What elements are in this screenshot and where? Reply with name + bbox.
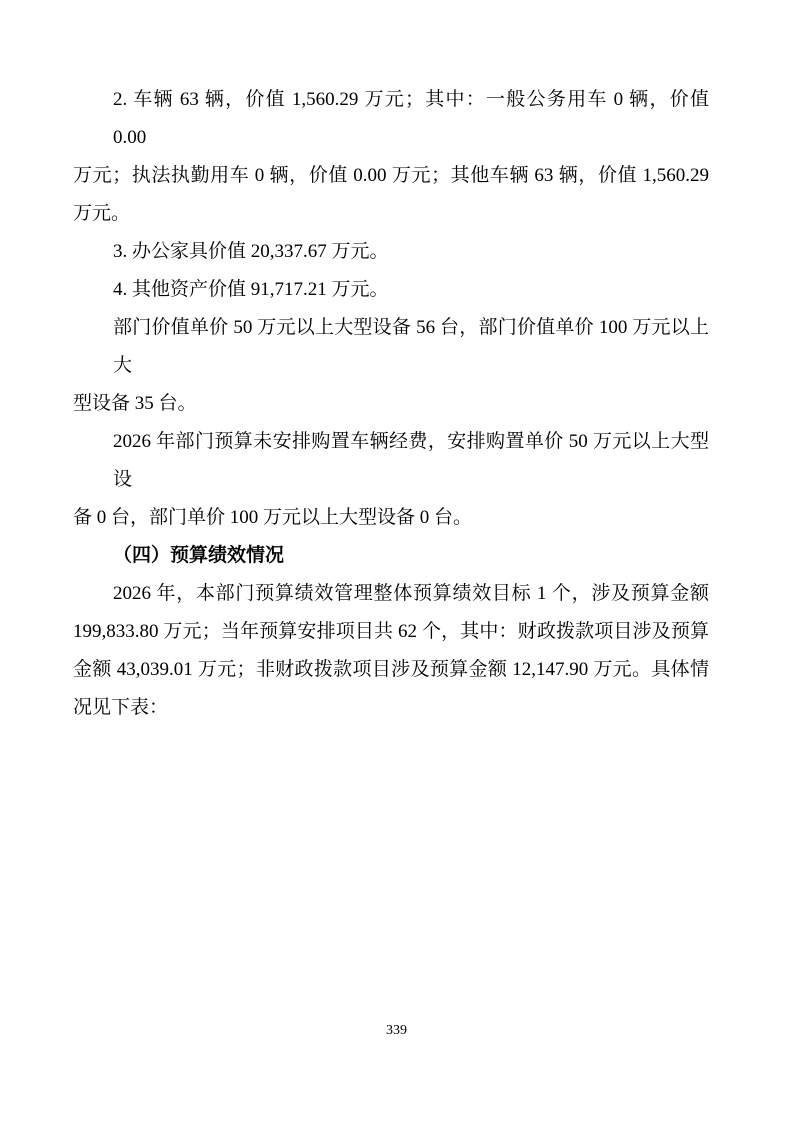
text-line: 况见下表：: [73, 689, 709, 727]
paragraph-procurement-plan-2026: 2026 年部门预算未安排购置车辆经费，安排购置单价 50 万元以上大型设 备 …: [73, 423, 709, 537]
text-line: 金额 43,039.01 万元；非财政拨款项目涉及预算金额 12,147.90 …: [73, 651, 709, 689]
page-footer: 339: [0, 1022, 793, 1040]
paragraph-large-equipment-counts: 部门价值单价 50 万元以上大型设备 56 台，部门价值单价 100 万元以上大…: [73, 309, 709, 423]
text-line: 备 0 台，部门单价 100 万元以上大型设备 0 台。: [73, 499, 709, 537]
text-line: 万元；执法执勤用车 0 辆，价值 0.00 万元；其他车辆 63 辆，价值 1,…: [73, 157, 709, 195]
paragraph-vehicles-summary: 2. 车辆 63 辆，价值 1,560.29 万元；其中：一般公务用车 0 辆，…: [73, 81, 709, 233]
text-line: 万元。: [73, 195, 709, 233]
text-line: 2026 年部门预算未安排购置车辆经费，安排购置单价 50 万元以上大型设: [73, 423, 709, 499]
text-line: 199,833.80 万元；当年预算安排项目共 62 个，其中：财政拨款项目涉及…: [73, 613, 709, 651]
section-heading-performance: （四）预算绩效情况: [73, 537, 709, 575]
text-line: 2. 车辆 63 辆，价值 1,560.29 万元；其中：一般公务用车 0 辆，…: [73, 81, 709, 157]
section-heading-text: （四）预算绩效情况: [73, 537, 709, 575]
paragraph-performance-overview-2026: 2026 年，本部门预算绩效管理整体预算绩效目标 1 个，涉及预算金额 199,…: [73, 575, 709, 727]
text-line: 型设备 35 台。: [73, 385, 709, 423]
document-body: 2. 车辆 63 辆，价值 1,560.29 万元；其中：一般公务用车 0 辆，…: [73, 81, 709, 727]
text-line: 部门价值单价 50 万元以上大型设备 56 台，部门价值单价 100 万元以上大: [73, 309, 709, 385]
text-line: 3. 办公家具价值 20,337.67 万元。: [73, 233, 709, 271]
paragraph-other-assets: 4. 其他资产价值 91,717.21 万元。: [73, 271, 709, 309]
text-line: 2026 年，本部门预算绩效管理整体预算绩效目标 1 个，涉及预算金额: [73, 575, 709, 613]
page-number: 339: [386, 1023, 407, 1038]
document-page: 2. 车辆 63 辆，价值 1,560.29 万元；其中：一般公务用车 0 辆，…: [0, 0, 793, 1122]
paragraph-office-furniture: 3. 办公家具价值 20,337.67 万元。: [73, 233, 709, 271]
text-line: 4. 其他资产价值 91,717.21 万元。: [73, 271, 709, 309]
